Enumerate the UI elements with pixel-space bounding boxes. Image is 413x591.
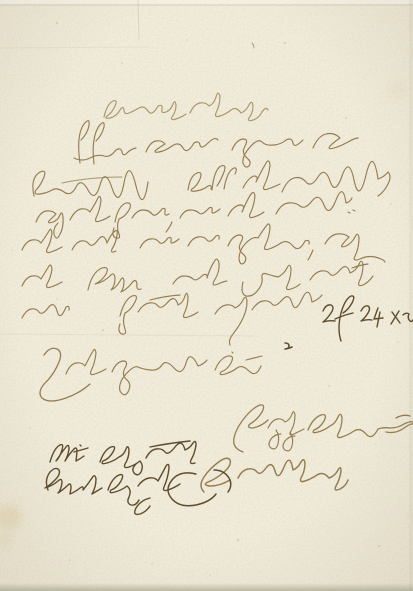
speck: [56, 22, 58, 24]
speck: [378, 545, 380, 547]
ink-dot: [102, 329, 104, 331]
speck: [397, 341, 399, 343]
edge-right: [409, 0, 413, 591]
speck: [284, 42, 286, 44]
speck: [237, 539, 240, 542]
letter-scan: Bescheine das ich der Zettel seiner Quar…: [0, 0, 413, 591]
crease-top-band: [0, 0, 413, 4]
speck: [186, 39, 188, 41]
speck: [209, 574, 211, 576]
speck: [11, 249, 13, 251]
edge-bottom: [0, 583, 413, 591]
stain-right: [388, 80, 408, 100]
speck: [121, 62, 123, 64]
speck: [151, 563, 153, 565]
speck: [69, 559, 71, 561]
speck: [56, 298, 58, 300]
letter-canvas: Bescheine das ich der Zettel seiner Quar…: [0, 0, 413, 591]
speck: [29, 427, 31, 429]
speck: [345, 117, 347, 119]
speck: [328, 385, 330, 387]
speck: [390, 203, 392, 205]
